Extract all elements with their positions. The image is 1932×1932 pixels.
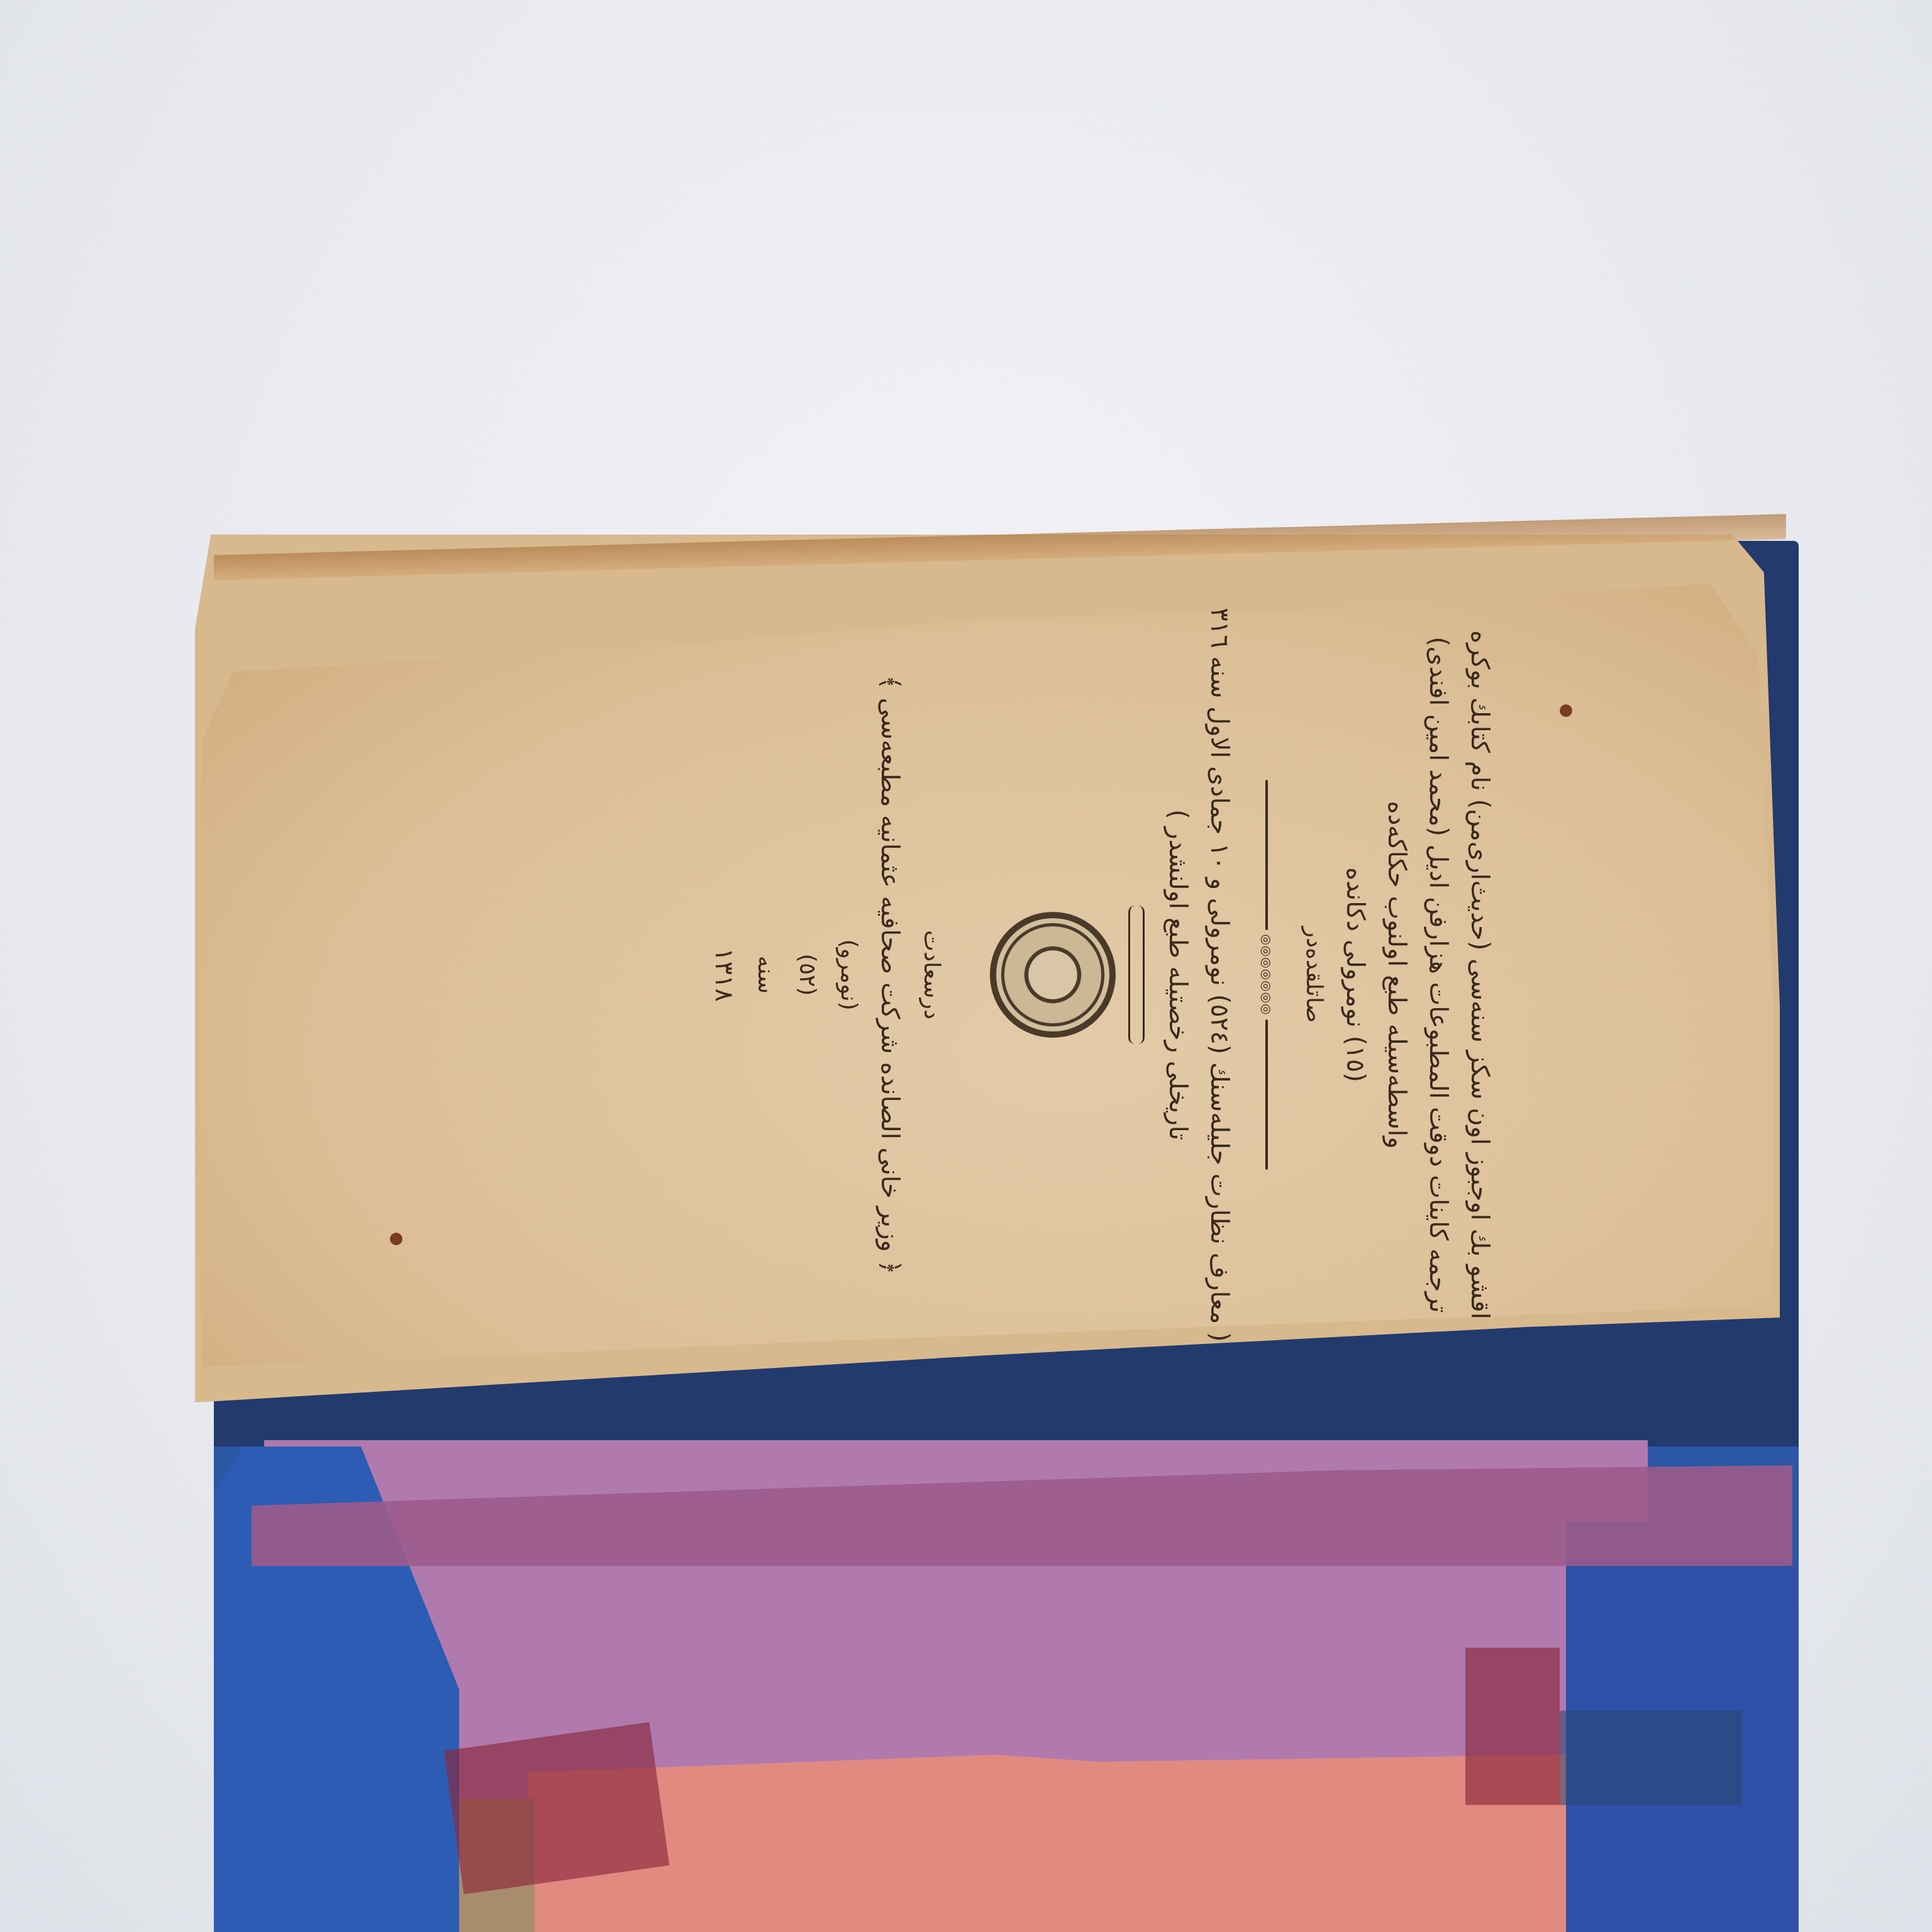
title-line-3: واسطه‌سیله طبع اولنوب حكاكه‌ده xyxy=(1376,597,1418,1352)
red-tape-left xyxy=(444,1722,670,1894)
divider-beads-icon: ◎◎◎◎◎◎◎ xyxy=(1259,930,1274,1019)
divider-rule xyxy=(1265,1019,1268,1170)
ink-stain xyxy=(1560,704,1572,717)
divider-rule xyxy=(1265,780,1268,930)
imprint-number: (٥٢) xyxy=(786,597,828,1352)
title-line-4: (١٥) نومرولی دكانده xyxy=(1335,597,1376,1352)
title-line-5: صاتلقده‌در xyxy=(1293,597,1335,1352)
title-line-2: ترجمه‌ كاينات دوقت المطبوعات هزارفن ادیل… xyxy=(1418,597,1459,1352)
imprint-year-label: سنه xyxy=(745,597,786,1352)
blue-tape-right xyxy=(1560,1711,1742,1805)
permission-line-2: تاریخلی رخصتیله طبع اولنشدر ) xyxy=(1157,597,1199,1352)
imprint-year: ١٣١٨ xyxy=(703,597,745,1352)
imprint-number-label: (نومرو) xyxy=(828,597,869,1352)
ornamental-divider: ◎◎◎◎◎◎◎ xyxy=(1259,780,1274,1170)
imprint-city: درسعادت xyxy=(911,597,952,1352)
ink-stain xyxy=(390,1233,402,1245)
ornamental-seal-icon xyxy=(990,912,1116,1038)
red-tape-right xyxy=(1465,1648,1560,1805)
title-page-text: اقشو بك اوجبوز اون سكز سنه‌سی (حدیث‌اری‌… xyxy=(431,597,1501,1352)
title-line-1: اقشو بك اوجبوز اون سكز سنه‌سی (حدیث‌اری‌… xyxy=(1459,597,1501,1352)
vine-ornament xyxy=(1128,906,1145,1044)
permission-line-1: ( معارف نظارت جلیله‌سنك (٥٢٤) نومرولی و … xyxy=(1199,597,1240,1352)
photo-scene: اقشو بك اوجبوز اون سكز سنه‌سی (حدیث‌اری‌… xyxy=(0,0,1932,1932)
imprint-press: ﴿ وزیر خانی الصانده شركت صحافیه عثمانیه … xyxy=(869,597,911,1352)
pink-endpaper xyxy=(528,1755,1566,1932)
